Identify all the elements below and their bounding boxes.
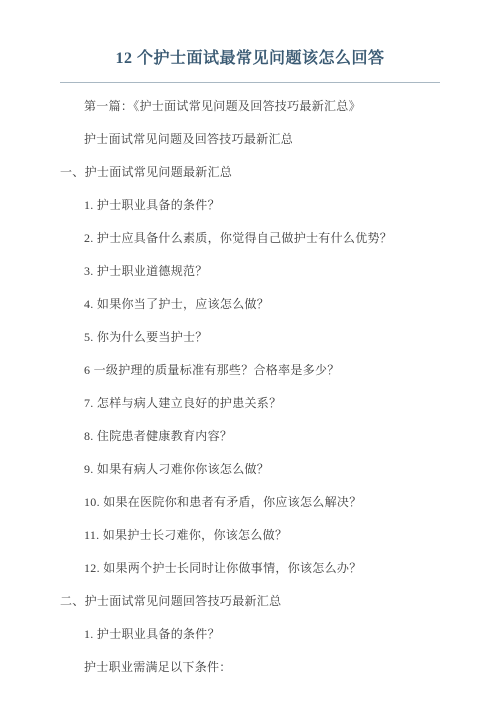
paragraph-line: 12. 如果两个护士长同时让你做事情，你该怎么办？: [60, 552, 440, 585]
paragraph-line: 第一篇：《护士面试常见问题及回答技巧最新汇总》: [60, 90, 440, 123]
paragraph-line: 护士面试常见问题及回答技巧最新汇总: [60, 123, 440, 156]
paragraph-line: 护士职业需满足以下条件：: [60, 651, 440, 684]
section-heading: 一、护士面试常见问题最新汇总: [60, 156, 440, 189]
paragraph-line: 3. 护士职业道德规范？: [60, 255, 440, 288]
paragraph-line: 11. 如果护士长刁难你，你该怎么做？: [60, 519, 440, 552]
document-page: 12 个护士面试最常见问题该怎么回答 第一篇：《护士面试常见问题及回答技巧最新汇…: [0, 0, 500, 707]
paragraph-line: 1. 护士职业具备的条件？: [60, 618, 440, 651]
paragraph-line: 8. 住院患者健康教育内容？: [60, 420, 440, 453]
document-title: 12 个护士面试最常见问题该怎么回答: [60, 0, 440, 73]
title-divider: [60, 82, 440, 83]
paragraph-line: 2. 护士应具备什么素质，你觉得自己做护士有什么优势？: [60, 222, 440, 255]
paragraph-line: 5. 你为什么要当护士？: [60, 321, 440, 354]
paragraph-line: 7. 怎样与病人建立良好的护患关系？: [60, 387, 440, 420]
document-body: 第一篇：《护士面试常见问题及回答技巧最新汇总》 护士面试常见问题及回答技巧最新汇…: [60, 90, 440, 684]
paragraph-line: 4. 如果你当了护士，应该怎么做？: [60, 288, 440, 321]
paragraph-line: 9. 如果有病人刁难你你该怎么做？: [60, 453, 440, 486]
paragraph-line: 6 一级护理的质量标准有那些？合格率是多少？: [60, 354, 440, 387]
paragraph-line: 10. 如果在医院你和患者有矛盾，你应该怎么解决？: [60, 486, 440, 519]
section-heading: 二、护士面试常见问题回答技巧最新汇总: [60, 585, 440, 618]
paragraph-line: 1. 护士职业具备的条件？: [60, 189, 440, 222]
